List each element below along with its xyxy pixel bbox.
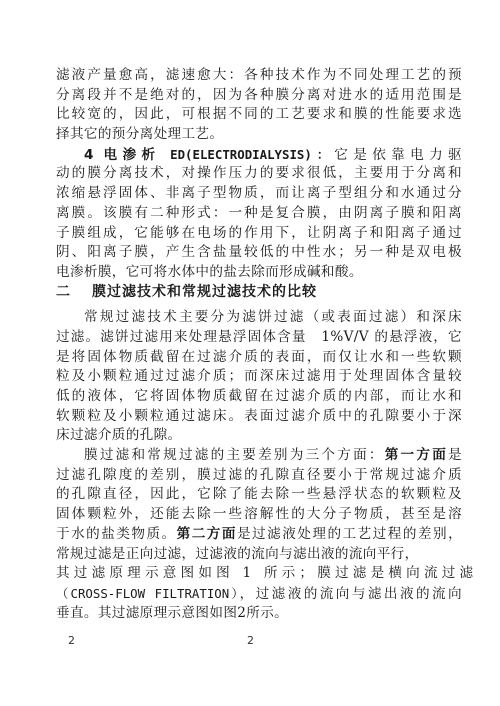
text-run: 于水的盐类物质。 (56, 526, 177, 542)
document-page: 滤液产量愈高，滤速愈大：各种技术作为不同处理工艺的预 分离段并不是绝对的，因为各… (0, 0, 500, 706)
text-line: 软颗粒及小颗粒通过滤床。表面过滤介质中的孔隙要小于深 (56, 407, 462, 427)
section-title-en: ED(ELECTRODIALYSIS)： (170, 147, 334, 162)
text-line: 是将固体物质截留在过滤介质的表面，而仅让水和一些软颗 (56, 348, 462, 368)
emphasis-second-aspect: 第二方面 (177, 526, 237, 542)
text-line: 粒及小颗粒通过过滤介质；而深床过滤用于处理固体含量较 (56, 367, 462, 387)
text-line: 电渗析膜，它可将水体中的盐去除而形成碱和酸。 (56, 263, 462, 283)
section-heading-number: 二 (56, 283, 92, 303)
text-run: 是过滤液处理的工艺过程的差别， (237, 526, 462, 542)
text-line: 固体颗粒外，还能去除一些溶解性的大分子物质，甚至是溶 (56, 505, 462, 525)
text-line: 于水的盐类物质。第二方面是过滤液处理的工艺过程的差别， (56, 525, 462, 545)
text-line: 常规过滤是正向过滤，过滤液的流向与滤出液的流向平行， (56, 545, 462, 565)
text-line: 膜过滤和常规过滤的主要差别为三个方面：第一方面是 (56, 446, 462, 466)
text-run: 它是依靠电力驱 (334, 147, 462, 163)
text-line: 床过滤介质的孔隙。 (56, 426, 462, 446)
text-line: 子膜组成，它能够在电场的作用下，让阴离子和阳离子通过 (56, 224, 462, 244)
text-line: 离膜。该膜有二种形式：一种是复合膜，由阴离子膜和阳离 (56, 204, 462, 224)
text-line: 的孔隙直径，因此，它除了能去除一些悬浮状态的软颗粒及 (56, 485, 462, 505)
text-line: 过滤孔隙度的差别，膜过滤的孔隙直径要小于常规过滤介质 (56, 466, 462, 486)
text-line: 动的膜分离技术，对操作压力的要求很低，主要用于分离和 (56, 164, 462, 184)
text-line: 浓缩悬浮固体、非离子型物质，而让离子型组分和水通过分 (56, 184, 462, 204)
section-title: 电渗析 (104, 147, 161, 163)
text-line: 滤液产量愈高，滤速愈大：各种技术作为不同处理工艺的预 (56, 66, 462, 86)
text-line: 比较宽的，因此，可根据不同的工艺要求和膜的性能要求选 (56, 105, 462, 125)
text-line: 过滤。滤饼过滤用来处理悬浮固体含量 1%V/V 的悬浮液，它 (56, 328, 462, 348)
text-line: 阴、阳离子膜，产生含盐量较低的中性水；另一种是双电极 (56, 243, 462, 263)
text-line: 低的液体，它将固体物质截留在过滤介质的内部，而让水和 (56, 387, 462, 407)
section-heading: 二膜过滤技术和常规过滤技术的比较 (56, 283, 462, 303)
section-4-first-line: 4 电渗析 ED(ELECTRODIALYSIS)：它是依靠电力驱 (56, 145, 462, 165)
text-run: 膜过滤和常规过滤的主要差别为三个方面： (84, 447, 385, 463)
text-run-en: （CROSS-FLOW FILTRATION） (56, 586, 240, 601)
page-number-left: 2 (68, 634, 75, 647)
page-number-right: 2 (247, 634, 254, 647)
text-run: ，过滤液的流向与滤出液的流向 (240, 586, 462, 602)
text-line: 垂直。其过滤原理示意图如图2所示。 (56, 604, 462, 624)
text-line: 常规过滤技术主要分为滤饼过滤（或表面过滤）和深床 (56, 308, 462, 328)
text-line: 择其它的预分离处理工艺。 (56, 125, 462, 145)
section-number: 4 (84, 147, 94, 163)
text-line: （CROSS-FLOW FILTRATION），过滤液的流向与滤出液的流向 (56, 584, 462, 604)
text-line: 其过滤原理示意图如图 1 所示；膜过滤是横向流过滤 (56, 564, 462, 584)
emphasis-first-aspect: 第一方面 (385, 447, 448, 463)
section-heading-title: 膜过滤技术和常规过滤技术的比较 (92, 284, 317, 300)
text-run: 是 (448, 447, 462, 463)
text-line: 分离段并不是绝对的，因为各种膜分离对进水的适用范围是 (56, 86, 462, 106)
document-body: 滤液产量愈高，滤速愈大：各种技术作为不同处理工艺的预 分离段并不是绝对的，因为各… (56, 66, 462, 623)
